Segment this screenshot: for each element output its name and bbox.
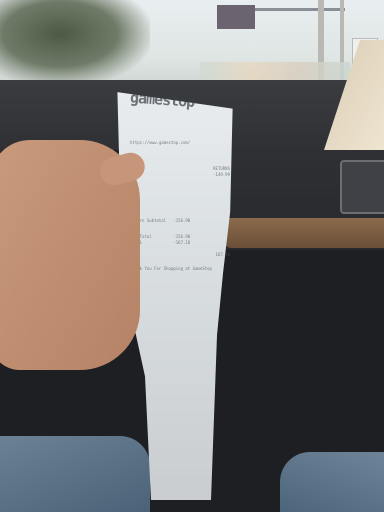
receipt-line: Thank You For Shopping at GameStop (130, 266, 230, 272)
receipt-text: gamestop https://www.gamestop.com/ RETUR… (130, 92, 230, 272)
highway-sign (217, 5, 255, 29)
wood-trim (225, 218, 384, 248)
receipt-logo: gamestop (129, 89, 230, 114)
trees (0, 0, 150, 85)
air-vent-right (340, 160, 384, 214)
receipt-line: TOTAL -167.18 (130, 240, 230, 246)
receipt-website: https://www.gamestop.com/ (130, 140, 230, 146)
receipt-line: Return Subtotal -156.98 (130, 218, 230, 224)
receipt-line: 167.18 (130, 252, 230, 258)
jeans-right (280, 452, 384, 512)
jeans-left (0, 436, 150, 512)
receipt-line: -149.99 (130, 172, 230, 178)
sign-gantry (255, 8, 345, 11)
